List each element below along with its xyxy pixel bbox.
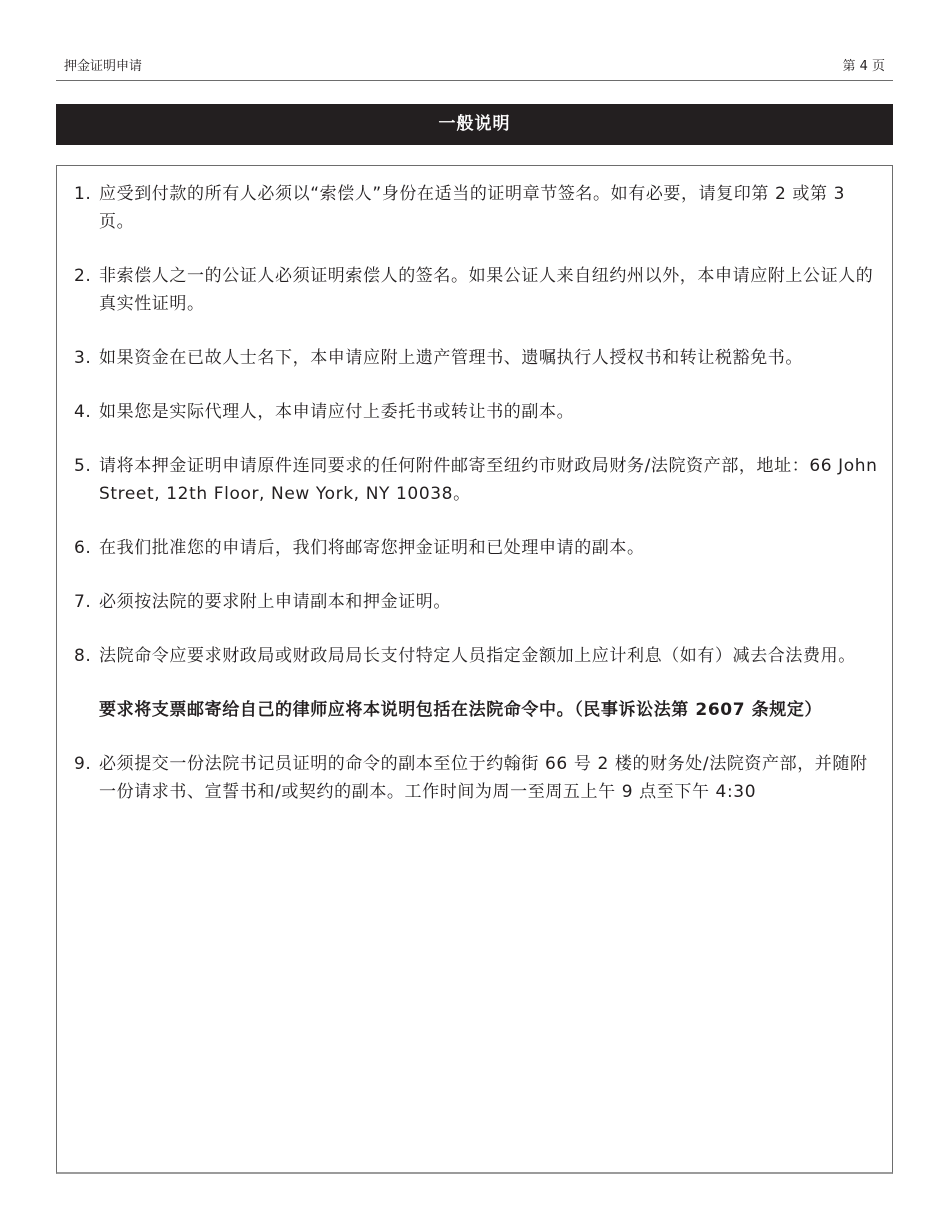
- instruction-item-2: 2. 非索偿人之一的公证人必须证明索偿人的签名。如果公证人来自纽约州以外，本申请…: [74, 262, 880, 318]
- item-text: 法院命令应要求财政局或财政局局长支付特定人员指定金额加上应计利息（如有）减去合法…: [99, 646, 856, 666]
- instruction-item-3: 3. 如果资金在已故人士名下，本申请应附上遗产管理书、遗嘱执行人授权书和转让税豁…: [74, 344, 880, 372]
- item-text: 必须提交一份法院书记员证明的命令的副本至位于约翰街 66 号 2 楼的财务处/法…: [99, 754, 868, 802]
- instruction-item-9: 9. 必须提交一份法院书记员证明的命令的副本至位于约翰街 66 号 2 楼的财务…: [74, 750, 880, 806]
- item-text: 请将本押金证明申请原件连同要求的任何附件邮寄至纽约市财政局财务/法院资产部，地址…: [99, 456, 878, 504]
- instruction-item-5: 5. 请将本押金证明申请原件连同要求的任何附件邮寄至纽约市财政局财务/法院资产部…: [74, 452, 880, 508]
- instructions-list: 1. 应受到付款的所有人必须以“索偿人”身份在适当的证明章节签名。如有必要，请复…: [74, 180, 880, 832]
- page-number: 第 4 页: [842, 56, 885, 78]
- item-number: 1.: [74, 180, 91, 208]
- instruction-item-1: 1. 应受到付款的所有人必须以“索偿人”身份在适当的证明章节签名。如有必要，请复…: [74, 180, 880, 236]
- item-number: 3.: [74, 344, 91, 372]
- instruction-item-8: 8. 法院命令应要求财政局或财政局局长支付特定人员指定金额加上应计利息（如有）减…: [74, 642, 880, 724]
- item-number: 5.: [74, 452, 91, 480]
- bold-note: 要求将支票邮寄给自己的律师应将本说明包括在法院命令中。（民事诉讼法第 2607 …: [99, 696, 880, 724]
- instruction-item-4: 4. 如果您是实际代理人，本申请应付上委托书或转让书的副本。: [74, 398, 880, 426]
- page-header: 押金证明申请 第 4 页: [56, 56, 893, 81]
- instruction-item-6: 6. 在我们批准您的申请后，我们将邮寄您押金证明和已处理申请的副本。: [74, 534, 880, 562]
- item-number: 7.: [74, 588, 91, 616]
- instructions-box: 1. 应受到付款的所有人必须以“索偿人”身份在适当的证明章节签名。如有必要，请复…: [56, 165, 893, 1174]
- instruction-item-7: 7. 必须按法院的要求附上申请副本和押金证明。: [74, 588, 880, 616]
- item-text: 如果您是实际代理人，本申请应付上委托书或转让书的副本。: [99, 402, 574, 422]
- item-text: 应受到付款的所有人必须以“索偿人”身份在适当的证明章节签名。如有必要，请复印第 …: [99, 184, 845, 232]
- item-number: 8.: [74, 642, 91, 670]
- item-text: 非索偿人之一的公证人必须证明索偿人的签名。如果公证人来自纽约州以外，本申请应附上…: [99, 266, 873, 314]
- document-title: 押金证明申请: [64, 56, 142, 78]
- item-number: 4.: [74, 398, 91, 426]
- item-text: 必须按法院的要求附上申请副本和押金证明。: [99, 592, 451, 612]
- item-number: 6.: [74, 534, 91, 562]
- item-number: 2.: [74, 262, 91, 290]
- item-number: 9.: [74, 750, 91, 778]
- section-title-bar: 一般说明: [56, 104, 893, 145]
- section-title: 一般说明: [439, 114, 511, 134]
- item-text: 如果资金在已故人士名下，本申请应附上遗产管理书、遗嘱执行人授权书和转让税豁免书。: [99, 348, 803, 368]
- item-text: 在我们批准您的申请后，我们将邮寄您押金证明和已处理申请的副本。: [99, 538, 645, 558]
